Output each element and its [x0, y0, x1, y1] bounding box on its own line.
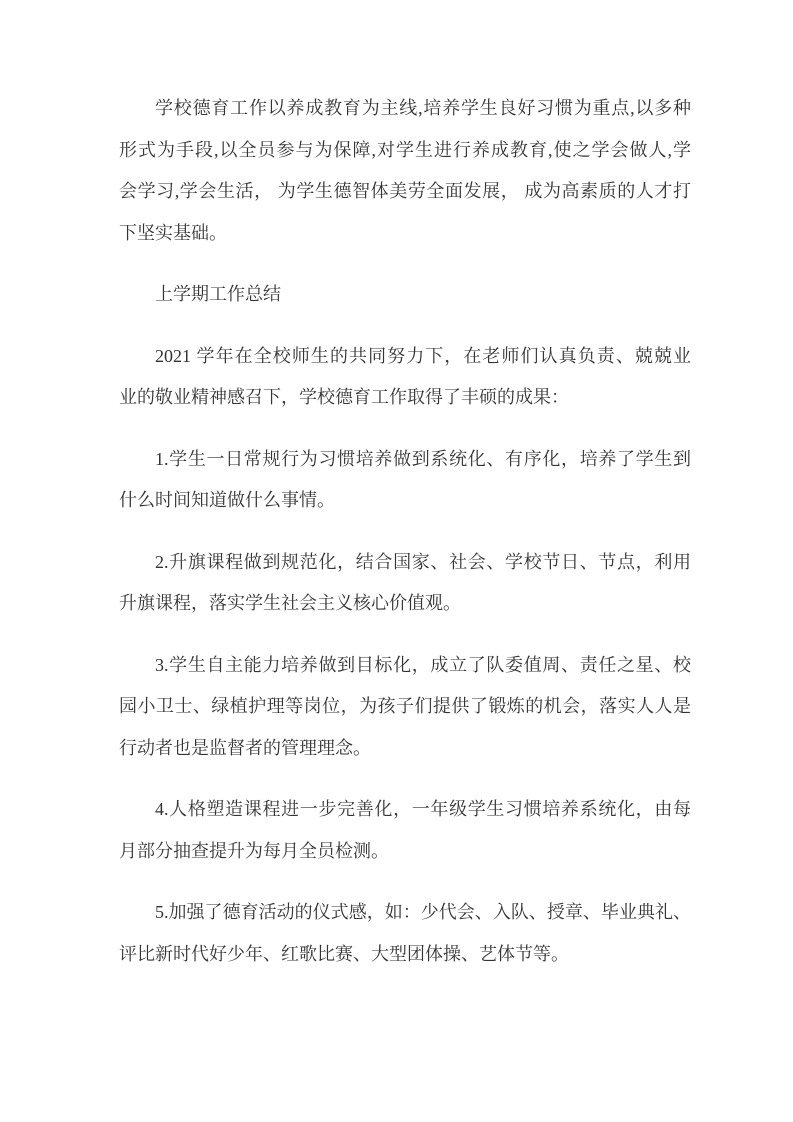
text-line: 什么时间知道做什么事情。	[119, 480, 691, 522]
text-line: 月部分抽查提升为每月全员检测。	[119, 831, 691, 873]
paragraph: 2.升旗课程做到规范化，结合国家、社会、学校节日、节点，利用升旗课程，落实学生社…	[119, 542, 691, 625]
text-line: 2021 学年在全校师生的共同努力下，在老师们认真负责、兢兢业	[119, 336, 691, 378]
text-line: 4.人格塑造课程进一步完善化，一年级学生习惯培养系统化，由每	[119, 789, 691, 831]
text-line: 5.加强了德育活动的仪式感，如：少代会、入队、授章、毕业典礼、	[119, 892, 691, 934]
paragraph: 5.加强了德育活动的仪式感，如：少代会、入队、授章、毕业典礼、评比新时代好少年、…	[119, 892, 691, 975]
paragraph: 4.人格塑造课程进一步完善化，一年级学生习惯培养系统化，由每月部分抽查提升为每月…	[119, 789, 691, 872]
text-line: 行动者也是监督者的管理理念。	[119, 728, 691, 770]
text-line: 学校德育工作以养成教育为主线,培养学生良好习惯为重点,以多种	[119, 88, 691, 130]
paragraph: 学校德育工作以养成教育为主线,培养学生良好习惯为重点,以多种形式为手段,以全员参…	[119, 88, 691, 254]
paragraph: 2021 学年在全校师生的共同努力下，在老师们认真负责、兢兢业业的敬业精神感召下…	[119, 336, 691, 419]
text-line: 评比新时代好少年、红歌比赛、大型团体操、艺体节等。	[119, 934, 691, 976]
text-line: 上学期工作总结	[119, 274, 691, 316]
paragraph: 3.学生自主能力培养做到目标化，成立了队委值周、责任之星、校园小卫士、绿植护理等…	[119, 645, 691, 770]
text-line: 园小卫士、绿植护理等岗位，为孩子们提供了锻炼的机会，落实人人是	[119, 686, 691, 728]
text-line: 下坚实基础。	[119, 213, 691, 255]
document-body: 学校德育工作以养成教育为主线,培养学生良好习惯为重点,以多种形式为手段,以全员参…	[119, 88, 691, 995]
text-line: 3.学生自主能力培养做到目标化，成立了队委值周、责任之星、校	[119, 645, 691, 687]
paragraph: 1.学生一日常规行为习惯培养做到系统化、有序化，培养了学生到什么时间知道做什么事…	[119, 439, 691, 522]
text-line: 会学习,学会生活， 为学生德智体美劳全面发展， 成为高素质的人才打	[119, 171, 691, 213]
document-page: 学校德育工作以养成教育为主线,培养学生良好习惯为重点,以多种形式为手段,以全员参…	[0, 0, 793, 1122]
text-line: 升旗课程，落实学生社会主义核心价值观。	[119, 583, 691, 625]
text-line: 1.学生一日常规行为习惯培养做到系统化、有序化，培养了学生到	[119, 439, 691, 481]
text-line: 业的敬业精神感召下，学校德育工作取得了丰硕的成果：	[119, 377, 691, 419]
text-line: 2.升旗课程做到规范化，结合国家、社会、学校节日、节点，利用	[119, 542, 691, 584]
text-line: 形式为手段,以全员参与为保障,对学生进行养成教育,使之学会做人,学	[119, 130, 691, 172]
section-heading: 上学期工作总结	[119, 274, 691, 316]
